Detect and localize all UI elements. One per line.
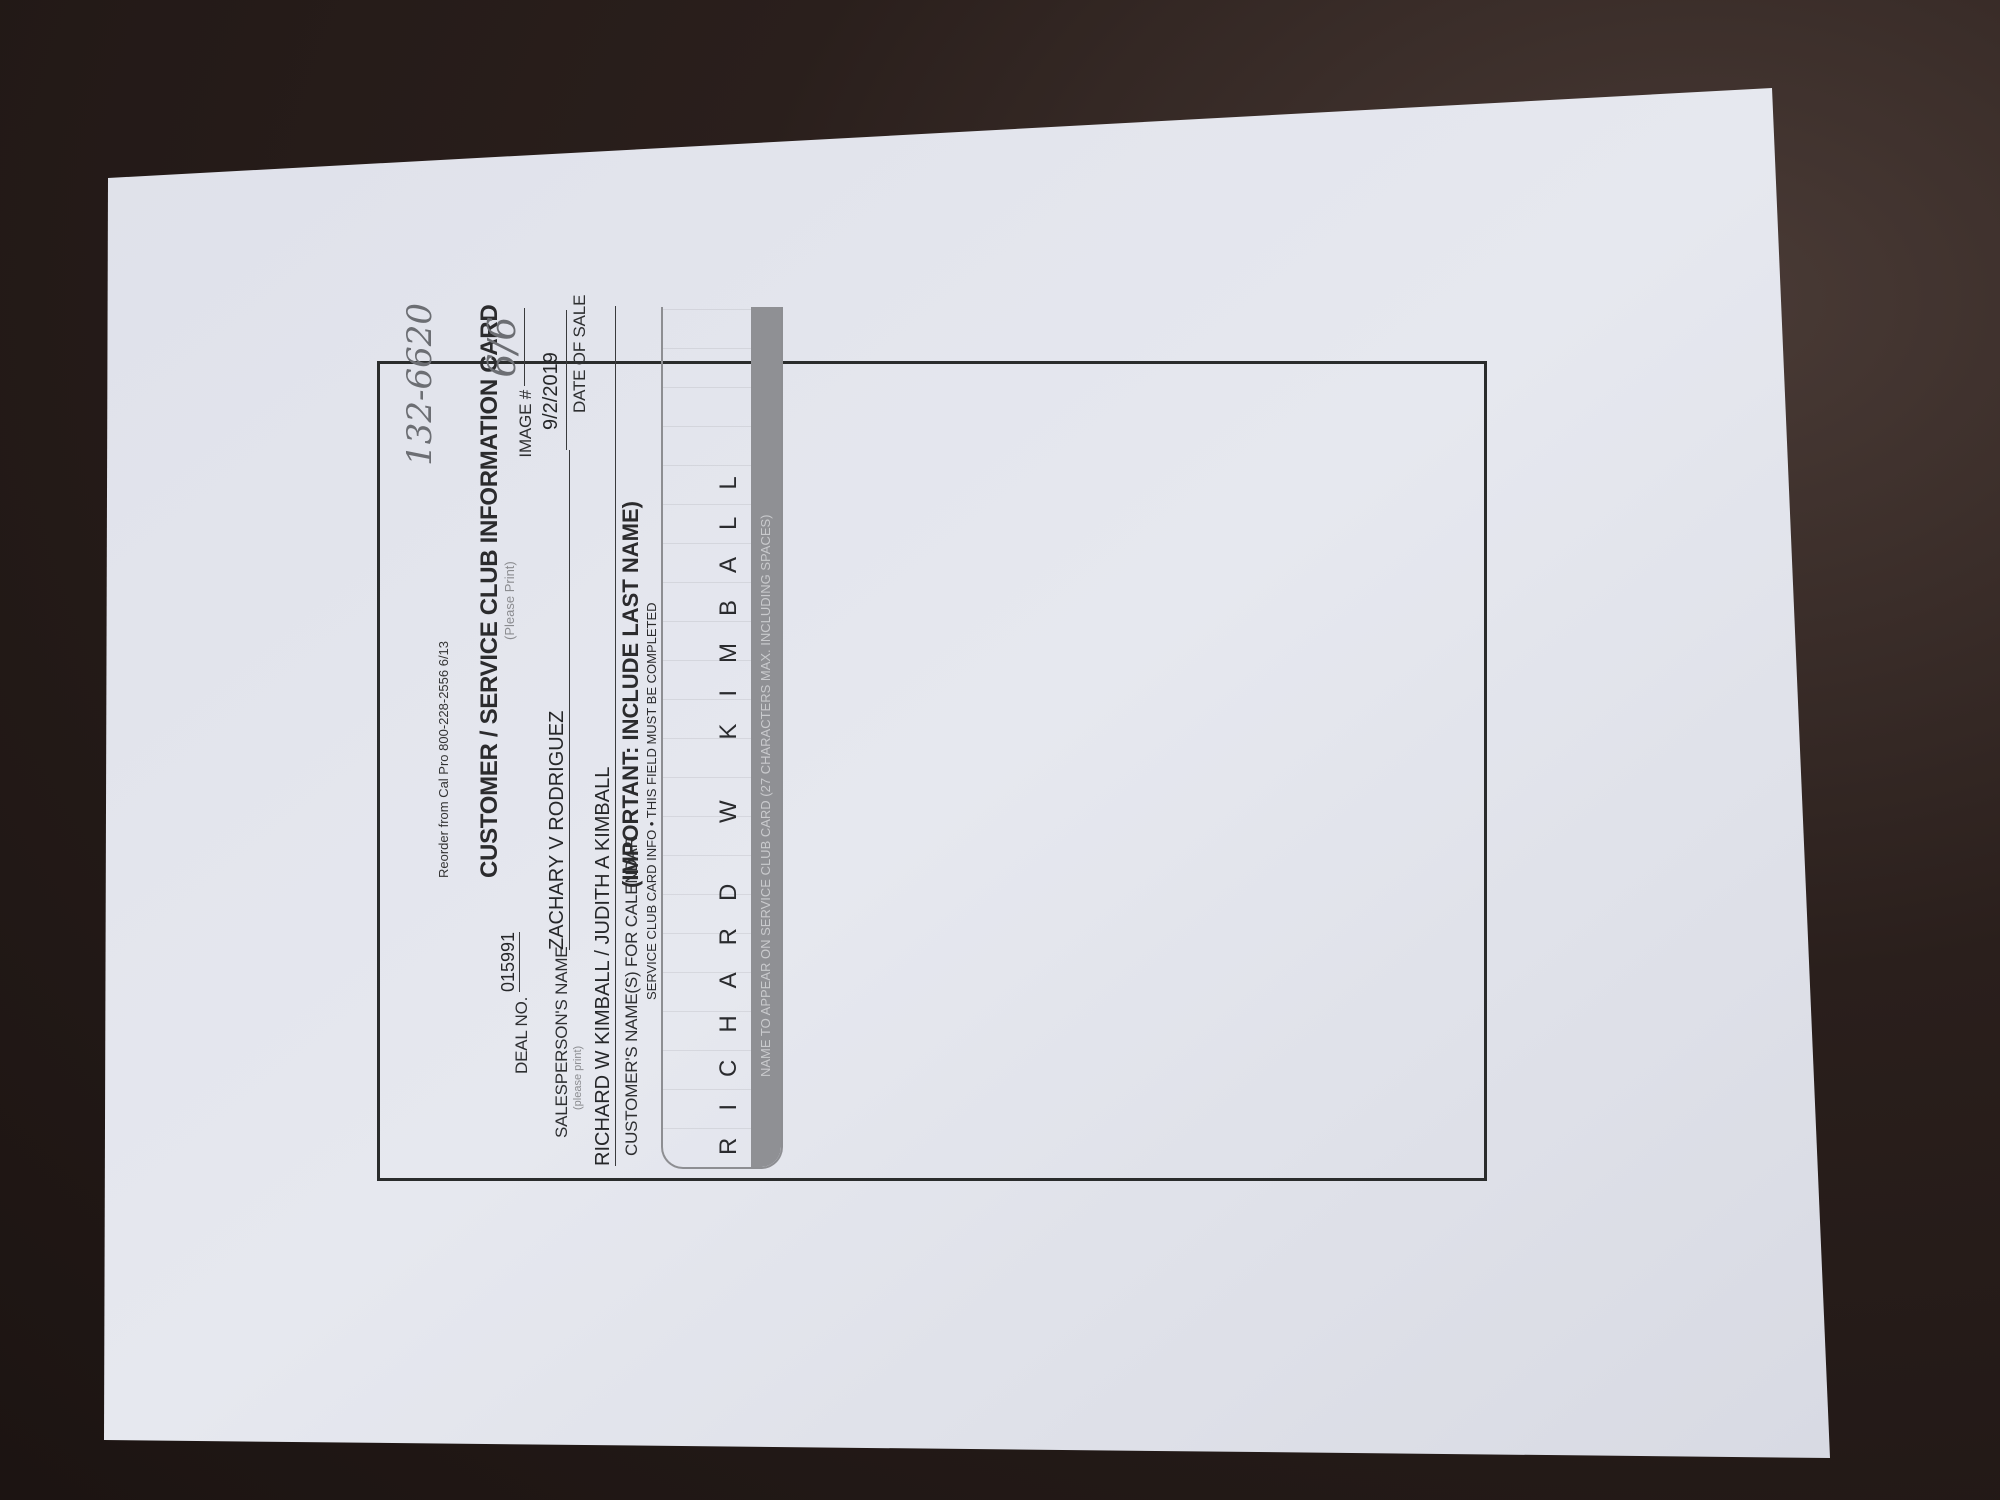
service-card-name: RICHARD W KIMBALL xyxy=(715,449,743,1155)
service-card-box[interactable]: RICHARD W KIMBALL NAME TO APPEAR ON SERV… xyxy=(661,307,783,1169)
service-card-band: NAME TO APPEAR ON SERVICE CLUB CARD (27 … xyxy=(751,307,781,1167)
form-rotated-container-lower: RICHARD W KIMBALL NAME TO APPEAR ON SERV… xyxy=(377,361,1487,1181)
